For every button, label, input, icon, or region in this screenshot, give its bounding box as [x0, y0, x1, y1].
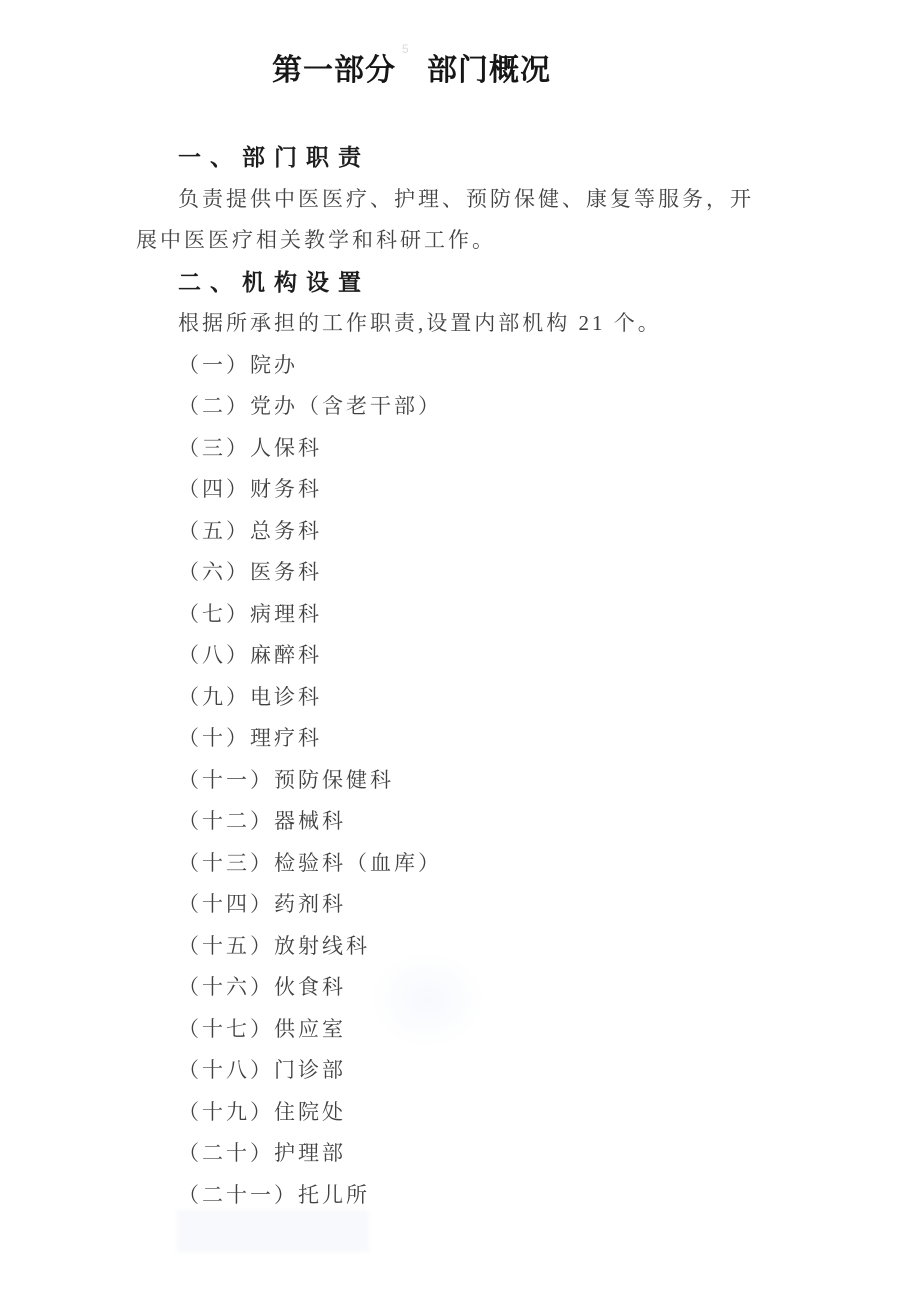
org-unit-item: （八）麻醉科: [136, 635, 780, 677]
org-unit-item: （十一）预防保健科: [136, 760, 780, 802]
org-unit-item: （二十一）托儿所: [136, 1175, 780, 1217]
org-unit-item: （五）总务科: [136, 511, 780, 553]
org-unit-item: （九）电诊科: [136, 677, 780, 719]
org-unit-item: （一）院办: [136, 345, 780, 387]
org-unit-item: （十五）放射线科: [136, 926, 780, 968]
page-title: 第一部分 部门概况: [136, 54, 687, 88]
org-unit-item: （十二）器械科: [136, 801, 780, 843]
duties-paragraph-line-1: 负责提供中医医疗、护理、预防保健、康复等服务，开: [136, 179, 780, 221]
org-unit-item: （二十）护理部: [136, 1133, 780, 1175]
org-unit-item: （四）财务科: [136, 469, 780, 511]
org-unit-item: （三）人保科: [136, 428, 780, 470]
structure-intro: 根据所承担的工作职责,设置内部机构 21 个。: [136, 303, 780, 345]
org-unit-item: （十四）药剂科: [136, 884, 780, 926]
document-page: 5 第一部分 部门概况 一、部门职责 负责提供中医医疗、护理、预防保健、康复等服…: [0, 0, 900, 1314]
org-unit-item: （七）病理科: [136, 594, 780, 636]
org-unit-item: （六）医务科: [136, 552, 780, 594]
org-unit-item: （十七）供应室: [136, 1009, 780, 1051]
org-unit-item: （十八）门诊部: [136, 1050, 780, 1092]
org-unit-item: （十三）检验科（血库）: [136, 843, 780, 885]
section-heading-structure: 二、机构设置: [136, 262, 780, 304]
org-unit-list: （一）院办（二）党办（含老干部）（三）人保科（四）财务科（五）总务科（六）医务科…: [136, 345, 780, 1217]
org-unit-item: （十六）伙食科: [136, 967, 780, 1009]
document-body: 一、部门职责 负责提供中医医疗、护理、预防保健、康复等服务，开 展中医医疗相关教…: [0, 137, 900, 1216]
org-unit-item: （十）理疗科: [136, 718, 780, 760]
scan-smudge-bottom: [177, 1210, 369, 1252]
section-heading-duties: 一、部门职责: [136, 137, 780, 179]
org-unit-item: （十九）住院处: [136, 1092, 780, 1134]
org-unit-item: （二）党办（含老干部）: [136, 386, 780, 428]
duties-paragraph-line-2: 展中医医疗相关教学和科研工作。: [136, 220, 780, 262]
